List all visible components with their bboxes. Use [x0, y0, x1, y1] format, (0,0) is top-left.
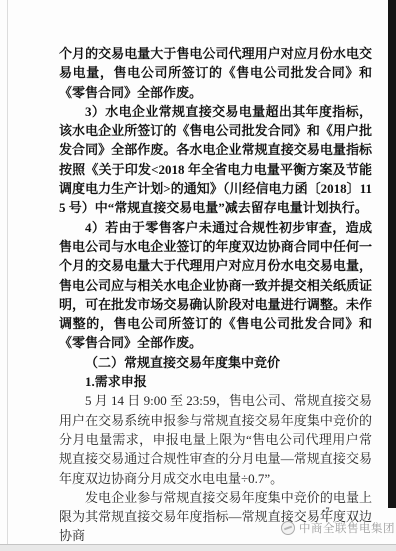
document-page: 个月的交易电量大于售电公司代理用户对应月份水电交易电量，售电公司所签订的《售电公… — [0, 0, 396, 551]
document-content: 个月的交易电量大于售电公司代理用户对应月份水电交易电量，售电公司所签订的《售电公… — [59, 44, 372, 546]
scan-black-border — [388, 0, 396, 508]
paragraph: 发电企业参与常规直接交易年度集中竞价的电量上限为其常规直接交易年度指标—常规直接… — [59, 488, 372, 546]
page-number: -7- — [308, 506, 348, 515]
paragraph: 4）若由于零售客户未通过合规性初步审查，造成售电公司与水电企业签订的年度双边协商… — [59, 218, 372, 353]
paragraph: 3）水电企业常规直接交易电量超出其年度指标，该水电企业所签订的《售电公司批发合同… — [59, 102, 372, 218]
watermark-text: 中商全联售电集团 — [299, 520, 395, 536]
paragraph: 个月的交易电量大于售电公司代理用户对应月份水电交易电量，售电公司所签订的《售电公… — [59, 44, 372, 102]
page-edge-line — [7, 0, 8, 544]
watermark-logo-icon — [281, 521, 295, 535]
section-heading: 1.需求申报 — [59, 372, 372, 391]
bottom-gray-band — [0, 544, 396, 551]
section-heading: （二）常规直接交易年度集中竞价 — [59, 353, 372, 372]
paragraph: 5 月 14 日 9:00 至 23:59，售电公司、常规直接交易用户在交易系统… — [59, 391, 372, 487]
watermark: 中商全联售电集团 — [281, 520, 395, 536]
